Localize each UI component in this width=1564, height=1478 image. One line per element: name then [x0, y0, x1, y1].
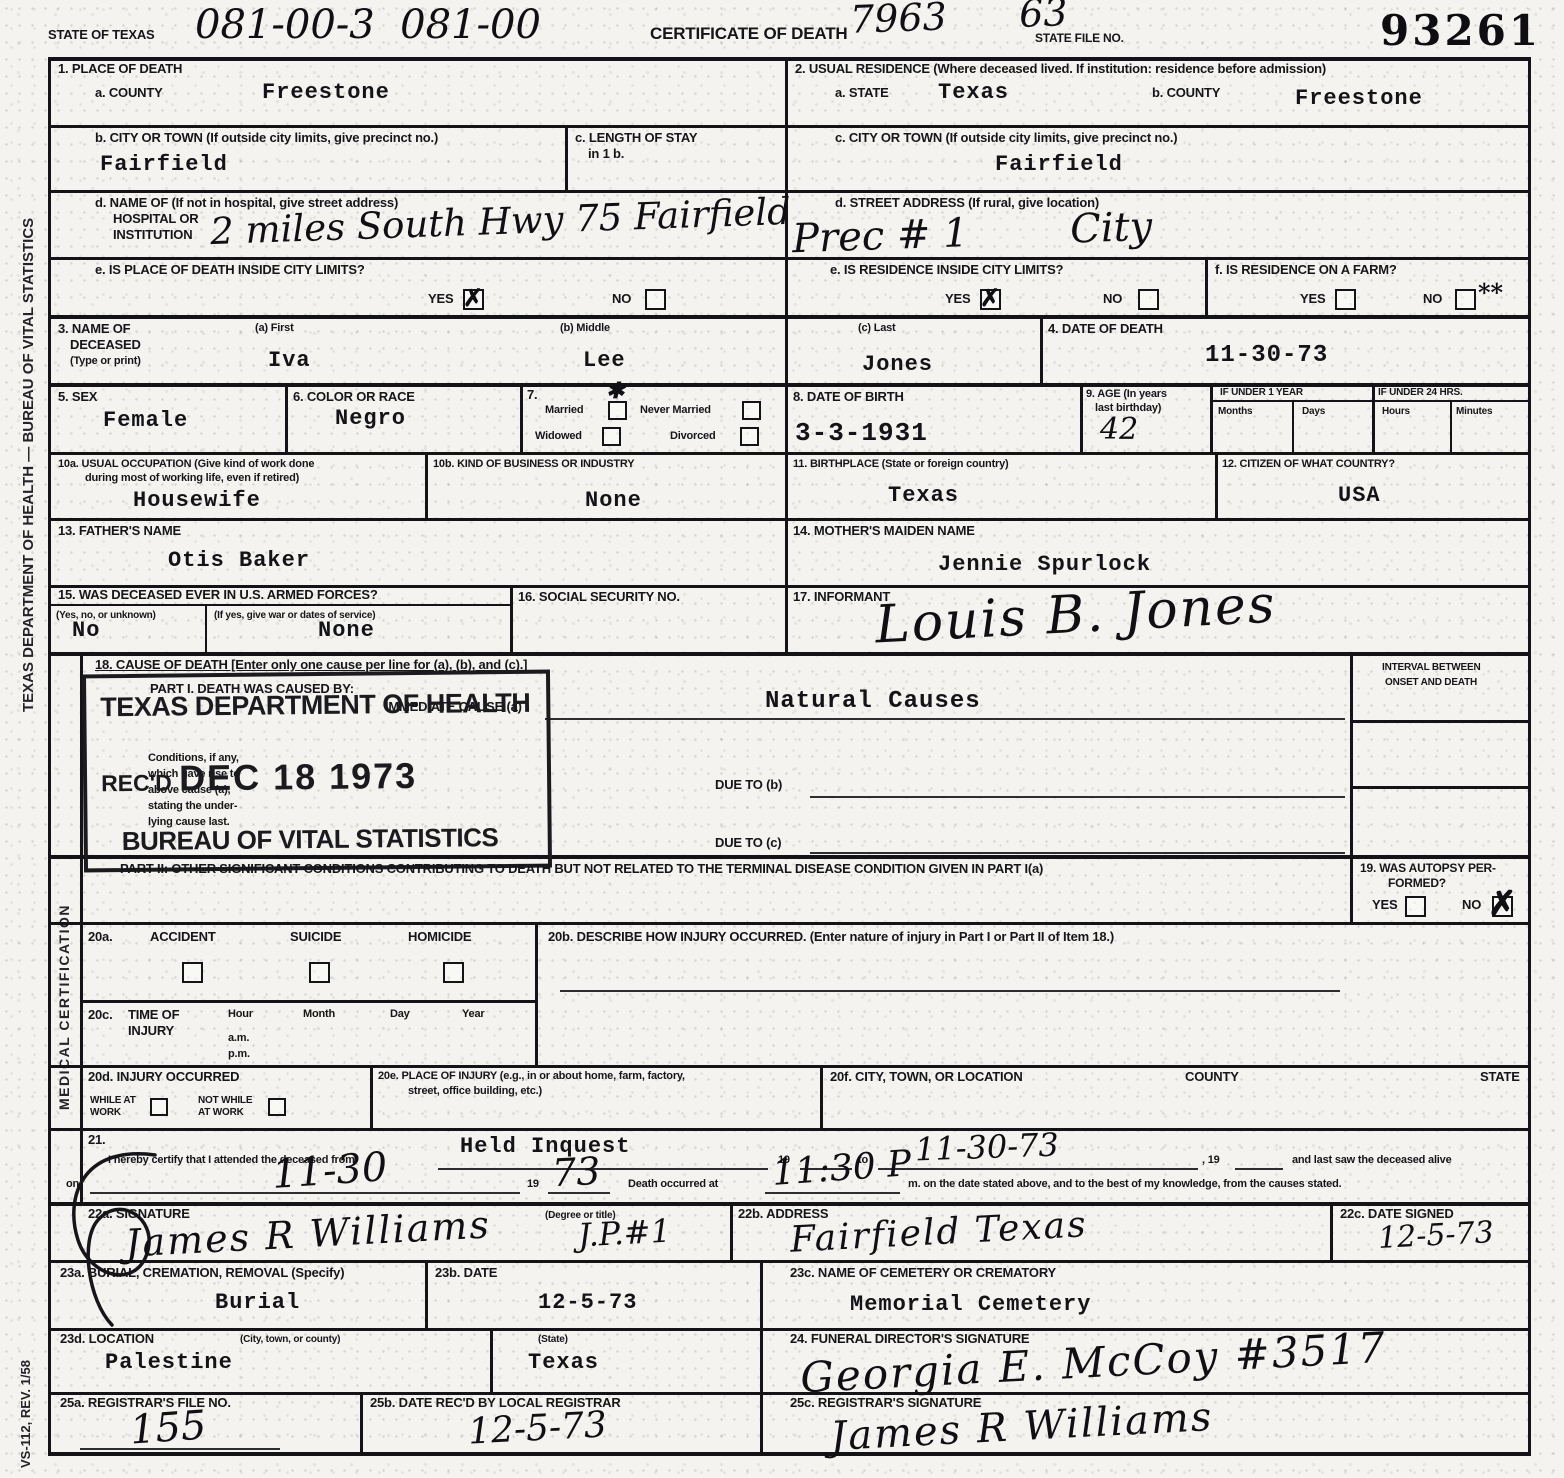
injury-20e-label-2: street, office building, etc.) — [408, 1085, 542, 1098]
father-name-value: Otis Baker — [168, 548, 310, 573]
am-label: a.m. — [228, 1032, 249, 1045]
grid-line — [1080, 383, 1083, 452]
sex-label: 5. SEX — [58, 390, 97, 405]
grid-line — [48, 315, 1531, 319]
grid-line — [425, 452, 428, 518]
registrar-date-value: 12-5-73 — [467, 1404, 608, 1452]
autopsy-label-1: 19. WAS AUTOPSY PER- — [1360, 862, 1496, 876]
last-name-label: (c) Last — [858, 322, 896, 335]
occupation-label-1: 10a. USUAL OCCUPATION (Give kind of work… — [58, 458, 314, 471]
middle-name-value: Lee — [583, 348, 626, 373]
injury-20b-label: 20b. DESCRIBE HOW INJURY OCCURRED. (Ente… — [548, 930, 1114, 945]
age-value: 42 — [1100, 412, 1138, 447]
death-time-handwriting: 11:30 P — [771, 1143, 913, 1194]
days-label: Days — [1302, 406, 1325, 418]
grid-line — [510, 585, 513, 652]
injury-20d-label: 20d. INJURY OCCURRED — [88, 1070, 239, 1085]
autopsy-yes-checkbox — [1405, 896, 1426, 917]
if-under-24-hrs-label: IF UNDER 24 HRS. — [1378, 387, 1463, 399]
registrar-file-value: 155 — [128, 1402, 207, 1453]
widowed-checkbox — [602, 427, 621, 446]
cert-line1-post: and last saw the deceased alive — [1292, 1154, 1452, 1167]
sex-value: Female — [103, 408, 188, 433]
injury-county-label: COUNTY — [1185, 1070, 1239, 1085]
never-married-checkbox — [742, 401, 761, 420]
occupation-label-2: during most of working life, even if ret… — [85, 472, 299, 485]
answer-line — [878, 1168, 1198, 1170]
grid-line — [48, 257, 1531, 260]
middle-name-label: (b) Middle — [560, 322, 610, 335]
burial-value: Burial — [215, 1290, 300, 1315]
dob-value: 3-3-1931 — [795, 418, 928, 448]
certifier-address-value: Fairfield Texas — [789, 1204, 1088, 1261]
grid-line — [48, 452, 1531, 455]
res-city-label: c. CITY OR TOWN (If outside city limits,… — [835, 131, 1177, 146]
res-no-checkbox — [1138, 289, 1159, 310]
accident-checkbox — [182, 962, 203, 983]
time-of-injury-label-1: TIME OF — [128, 1008, 179, 1023]
grid-line — [48, 1452, 1531, 1456]
date-of-death-label: 4. DATE OF DEATH — [1048, 322, 1163, 337]
grid-line — [1372, 383, 1375, 452]
cemetery-value: Memorial Cemetery — [850, 1292, 1091, 1317]
answer-line — [810, 852, 1345, 854]
burial-date-23b-label: 23b. DATE — [435, 1266, 497, 1281]
disposition-state-value: Texas — [528, 1350, 599, 1375]
suicide-label: SUICIDE — [290, 930, 341, 945]
armed-forces-sub1: (Yes, no, or unknown) — [56, 610, 156, 622]
length-of-stay-label: c. LENGTH OF STAY — [575, 131, 697, 146]
grid-line — [48, 57, 51, 1456]
never-married-label: Never Married — [640, 404, 711, 417]
while-at-work-label-2: WORK — [90, 1107, 121, 1119]
married-asterisk-handwriting: ✱ — [606, 378, 624, 404]
business-value: None — [585, 488, 642, 513]
autopsy-no-label: NO — [1462, 898, 1481, 913]
grid-line — [760, 1392, 763, 1452]
attended-to-value-handwriting: 11-30-73 — [914, 1126, 1059, 1169]
grid-line — [205, 604, 207, 652]
burial-date-value: 12-5-73 — [538, 1290, 637, 1315]
cert-19-3: 19 — [527, 1178, 539, 1191]
married-label: Married — [545, 404, 583, 417]
grid-line — [535, 922, 538, 1065]
cert-19-2: , 19 — [1202, 1154, 1220, 1167]
pod-inside-city-label: e. IS PLACE OF DEATH INSIDE CITY LIMITS? — [95, 263, 365, 278]
check-mark: ✗ — [980, 283, 1000, 312]
grid-line — [48, 383, 1531, 387]
answer-line — [765, 1192, 900, 1194]
birthplace-value: Texas — [888, 483, 959, 508]
deceased-name-label-3: (Type or print) — [70, 355, 141, 368]
citizen-value: USA — [1338, 483, 1381, 508]
grid-line — [48, 604, 510, 606]
state-sub-label: (State) — [538, 1334, 568, 1346]
age-label-1: 9. AGE (In years — [1086, 388, 1167, 401]
homicide-label: HOMICIDE — [408, 930, 471, 945]
business-label: 10b. KIND OF BUSINESS OR INDUSTRY — [433, 458, 634, 471]
months-label: Months — [1218, 406, 1252, 418]
stamp-recd: REC'D — [101, 770, 172, 798]
deceased-name-label-2: DECEASED — [70, 338, 141, 353]
mother-maiden-label: 14. MOTHER'S MAIDEN NAME — [793, 524, 975, 539]
answer-line — [1235, 1168, 1283, 1170]
grid-line — [48, 1065, 1531, 1068]
grid-line — [425, 1260, 428, 1328]
last-saw-value-handwriting: 11-30 — [271, 1144, 389, 1198]
widowed-label: Widowed — [535, 430, 582, 443]
pod-county-label: a. COUNTY — [95, 86, 163, 101]
grid-line — [1210, 400, 1528, 402]
place-of-death-section-label: 1. PLACE OF DEATH — [58, 62, 182, 77]
grid-line — [285, 383, 288, 452]
answer-line — [810, 796, 1345, 798]
burial-23a-label: 23a. BURIAL, CREMATION, REMOVAL (Specify… — [60, 1266, 344, 1281]
location-value: Palestine — [105, 1350, 233, 1375]
certificate-title: CERTIFICATE OF DEATH — [650, 24, 847, 44]
grid-line — [1350, 652, 1353, 922]
armed-forces-value2: None — [318, 618, 375, 643]
if-under-1-year-label: IF UNDER 1 YEAR — [1220, 387, 1303, 399]
cert-line2-post: m. on the date stated above, and to the … — [908, 1178, 1341, 1191]
registration-number-handwriting: 081-00-3 081-00 — [195, 2, 541, 48]
pod-no-checkbox — [645, 289, 666, 310]
stamp-date: DEC 18 1973 — [179, 755, 418, 799]
check-mark: ✗ — [1488, 884, 1517, 924]
grid-line — [520, 383, 523, 452]
part2-label: PART II: OTHER SIGNIFICANT CONDITIONS CO… — [120, 862, 1043, 877]
farm-label: f. IS RESIDENCE ON A FARM? — [1215, 263, 1397, 278]
farm-no-label: NO — [1423, 292, 1442, 307]
answer-line — [438, 1168, 768, 1170]
state-file-no-label: STATE FILE NO. — [1035, 32, 1124, 46]
autopsy-label-2: FORMED? — [1388, 877, 1446, 891]
grid-line — [1330, 1202, 1333, 1260]
due-to-b-label: DUE TO (b) — [715, 778, 782, 793]
armed-forces-value1: No — [72, 618, 100, 643]
day-label: Day — [390, 1008, 410, 1021]
grid-line — [1450, 400, 1452, 452]
month-label: Month — [303, 1008, 335, 1021]
first-name-label: (a) First — [255, 322, 294, 335]
armed-forces-label: 15. WAS DECEASED EVER IN U.S. ARMED FORC… — [58, 588, 378, 603]
grid-line — [490, 1328, 493, 1392]
medical-certification-label: MEDICAL CERTIFICATION — [56, 904, 72, 1110]
stamp-line-1: TEXAS DEPARTMENT OF HEALTH — [100, 688, 530, 724]
pod-no-label: NO — [612, 292, 631, 307]
date-signed-value: 12-5-73 — [1377, 1215, 1494, 1256]
hours-label: Hours — [1382, 406, 1410, 418]
grid-line — [80, 1000, 535, 1003]
answer-line — [560, 990, 1340, 992]
farm-no-checkbox — [1455, 289, 1476, 310]
deceased-name-label-1: 3. NAME OF — [58, 322, 130, 337]
grid-line — [760, 1328, 763, 1392]
minutes-label: Minutes — [1456, 406, 1492, 418]
pod-county-value: Freestone — [262, 80, 390, 105]
usual-residence-section-label: 2. USUAL RESIDENCE (Where deceased lived… — [795, 62, 1326, 77]
grid-line — [1205, 257, 1208, 315]
due-to-c-label: DUE TO (c) — [715, 836, 781, 851]
autopsy-no-checkbox: ✗ — [1492, 896, 1513, 917]
pm-label: p.m. — [228, 1048, 250, 1061]
certifier-degree-value: J.P.#1 — [577, 1212, 672, 1255]
grid-line — [48, 922, 1531, 925]
attended-from-value: Held Inquest — [460, 1134, 630, 1159]
race-label: 6. COLOR OR RACE — [293, 390, 415, 405]
not-while-at-work-label-2: AT WORK — [198, 1107, 244, 1119]
injury-20e-label-1: 20e. PLACE OF INJURY (e.g., in or about … — [378, 1070, 685, 1083]
grid-line — [1215, 452, 1218, 518]
death-certificate-scan: TEXAS DEPARTMENT OF HEALTH — BUREAU OF V… — [0, 0, 1564, 1478]
location-sub-label: (City, town, or county) — [240, 1334, 340, 1346]
interval-label-1: INTERVAL BETWEEN — [1382, 662, 1480, 674]
grid-line — [48, 1260, 1531, 1263]
while-at-work-label-1: WHILE AT — [90, 1095, 136, 1107]
cemetery-23c-label: 23c. NAME OF CEMETERY OR CREMATORY — [790, 1266, 1056, 1281]
grid-line — [1210, 383, 1213, 452]
pod-yes-label: YES — [428, 292, 453, 307]
death-occurred-label: Death occurred at — [628, 1178, 718, 1191]
occupation-value: Housewife — [133, 488, 261, 513]
farm-no-asterisks-handwriting: ** — [1478, 278, 1503, 307]
marital-item-label: 7. — [527, 388, 537, 403]
certificate-number: 93261 — [1380, 6, 1541, 55]
res-city-value: Fairfield — [995, 152, 1123, 177]
pod-yes-checkbox: ✗ — [463, 289, 484, 310]
grid-line — [565, 125, 568, 190]
hospital-label-2: HOSPITAL OR — [113, 212, 198, 227]
ssn-label: 16. SOCIAL SECURITY NO. — [518, 590, 680, 605]
grid-line — [1350, 786, 1528, 789]
while-at-work-checkbox — [150, 1098, 168, 1116]
res-state-label: a. STATE — [835, 86, 889, 101]
dob-label: 8. DATE OF BIRTH — [793, 390, 904, 405]
res-inside-city-label: e. IS RESIDENCE INSIDE CITY LIMITS? — [830, 263, 1063, 278]
res-no-label: NO — [1103, 292, 1122, 307]
father-name-label: 13. FATHER'S NAME — [58, 524, 181, 539]
grid-line — [48, 652, 1531, 656]
grid-line — [1292, 400, 1294, 452]
suicide-checkbox — [309, 962, 330, 983]
time-of-injury-label-2: INJURY — [128, 1024, 174, 1039]
injury-20c-label: 20c. — [88, 1008, 113, 1023]
grid-line — [1040, 315, 1043, 383]
answer-line — [545, 718, 1345, 720]
first-name-value: Iva — [268, 348, 311, 373]
hospital-label-3: INSTITUTION — [113, 228, 192, 243]
accident-label: ACCIDENT — [150, 930, 216, 945]
grid-line — [48, 125, 1531, 128]
autopsy-yes-label: YES — [1372, 898, 1397, 913]
divorced-checkbox — [740, 427, 759, 446]
farm-yes-checkbox — [1335, 289, 1356, 310]
length-of-stay-sub: in 1 b. — [588, 147, 624, 162]
grid-line — [48, 518, 1531, 521]
grid-line — [785, 57, 788, 652]
not-while-at-work-label-1: NOT WHILE — [198, 1095, 252, 1107]
received-stamp: TEXAS DEPARTMENT OF HEALTH REC'D DEC 18 … — [82, 670, 552, 873]
pod-city-label: b. CITY OR TOWN (If outside city limits,… — [95, 131, 438, 146]
date-of-death-value: 11-30-73 — [1205, 342, 1328, 369]
year-label: Year — [462, 1008, 484, 1021]
check-mark: ✗ — [463, 283, 483, 312]
answer-line — [548, 1192, 610, 1194]
res-county-value: Freestone — [1295, 86, 1423, 111]
birthplace-label: 11. BIRTHPLACE (State or foreign country… — [793, 458, 1009, 471]
immediate-cause-value: Natural Causes — [765, 688, 981, 715]
race-value: Negro — [335, 406, 406, 431]
grid-line — [820, 1065, 823, 1128]
grid-line — [1528, 57, 1531, 1456]
injury-state-label: STATE — [1480, 1070, 1520, 1085]
hour-label: Hour — [228, 1008, 253, 1021]
mother-maiden-value: Jennie Spurlock — [938, 552, 1151, 577]
grid-line — [760, 1260, 763, 1328]
last-name-value: Jones — [862, 352, 933, 377]
pod-city-value: Fairfield — [100, 152, 228, 177]
grid-line — [48, 1128, 1531, 1131]
form-number-text: VS-112, REV. 1/58 — [18, 1360, 33, 1468]
divorced-label: Divorced — [670, 430, 715, 443]
answer-line — [80, 1448, 280, 1450]
res-yes-checkbox: ✗ — [980, 289, 1001, 310]
farm-yes-label: YES — [1300, 292, 1325, 307]
res-county-label: b. COUNTY — [1152, 86, 1220, 101]
interval-label-2: ONSET AND DEATH — [1385, 677, 1477, 689]
res-yes-label: YES — [945, 292, 970, 307]
not-while-at-work-checkbox — [268, 1098, 286, 1116]
left-margin-agency-text: TEXAS DEPARTMENT OF HEALTH — BUREAU OF V… — [20, 218, 37, 712]
grid-line — [1350, 720, 1528, 723]
last-saw-year-handwriting: 73 — [551, 1149, 602, 1195]
injury-20a-label: 20a. — [88, 930, 113, 945]
injury-20f-label: 20f. CITY, TOWN, OR LOCATION — [830, 1070, 1023, 1085]
grid-line — [360, 1392, 363, 1452]
street-address-value-handwriting: Prec # 1 City — [791, 204, 1153, 263]
homicide-checkbox — [443, 962, 464, 983]
citizen-label: 12. CITIZEN OF WHAT COUNTRY? — [1222, 458, 1395, 471]
grid-line — [370, 1065, 373, 1128]
grid-line — [730, 1202, 733, 1260]
location-23d-label: 23d. LOCATION — [60, 1332, 154, 1347]
stamp-line-3: BUREAU OF VITAL STATISTICS — [122, 822, 499, 857]
state-of-texas-label: STATE OF TEXAS — [48, 28, 155, 43]
res-state-value: Texas — [938, 80, 1009, 105]
